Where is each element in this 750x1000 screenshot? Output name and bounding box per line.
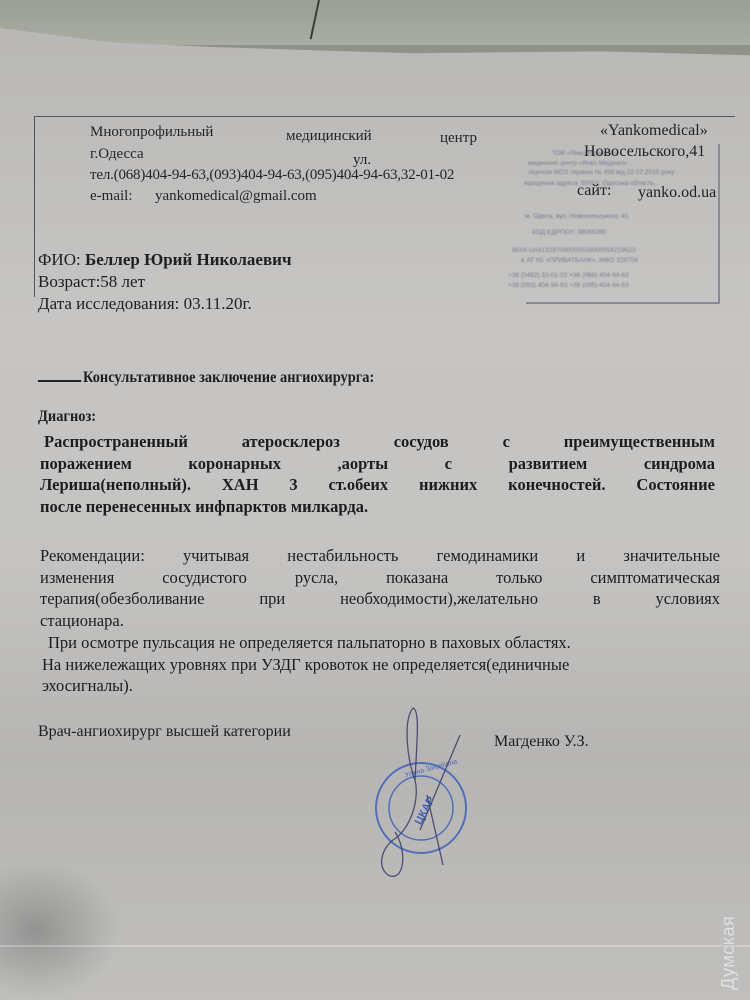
clinic-brand-name: «Yankomedical»: [600, 122, 708, 140]
clinic-type-word-1: Многопрофильный: [90, 124, 213, 141]
exam-date: Дата исследования: 03.11.20г.: [38, 294, 252, 314]
background-surface: [0, 0, 750, 45]
conclusion-title: Консультативное заключение ангиохирурга:: [38, 369, 374, 387]
doctor-name: Магденко У.З.: [494, 733, 589, 751]
recommendations-text: Рекомендации: учитывая нестабильность ге…: [40, 545, 720, 631]
doctor-position: Врач-ангиохирург высшей категории: [38, 723, 291, 741]
clinic-email: yankomedical@gmail.com: [155, 188, 317, 205]
diagnosis-label: Диагноз:: [38, 408, 96, 426]
examination-text: При осмотре пульсация не определяется па…: [42, 632, 727, 697]
svg-text:Уляна Зіновіївна: Уляна Зіновіївна: [404, 757, 458, 779]
doctor-seal-icon: ЦКАР Уляна Зіновіївна: [365, 700, 475, 880]
patient-name: Беллер Юрий Николаевич: [85, 250, 292, 269]
email-label: e-mail:: [90, 188, 132, 205]
site-label: сайт:: [577, 182, 611, 200]
clinic-type-word-3: центр: [440, 130, 477, 147]
hand-shadow: [0, 860, 120, 1000]
watermark: Думская: [718, 916, 739, 990]
paper-fold: [0, 945, 750, 947]
clinic-address: Новосельского,41: [584, 143, 705, 161]
clinic-city: г.Одесса: [90, 146, 144, 163]
clinic-website: yanko.od.ua: [638, 184, 716, 202]
company-stamp-frame: [526, 144, 720, 304]
patient-name-label: ФИО:: [38, 250, 81, 269]
clinic-type-word-2: медицинский: [286, 128, 372, 145]
patient-age: Возраст:58 лет: [38, 272, 145, 292]
clinic-phones: тел.(068)404-94-63,(093)404-94-63,(095)4…: [90, 167, 454, 184]
diagnosis-text: Распространенный атеросклероз сосудов с …: [40, 431, 715, 517]
title-underline-blank: [38, 380, 81, 382]
patient-name-row: ФИО: Беллер Юрий Николаевич: [38, 250, 292, 270]
